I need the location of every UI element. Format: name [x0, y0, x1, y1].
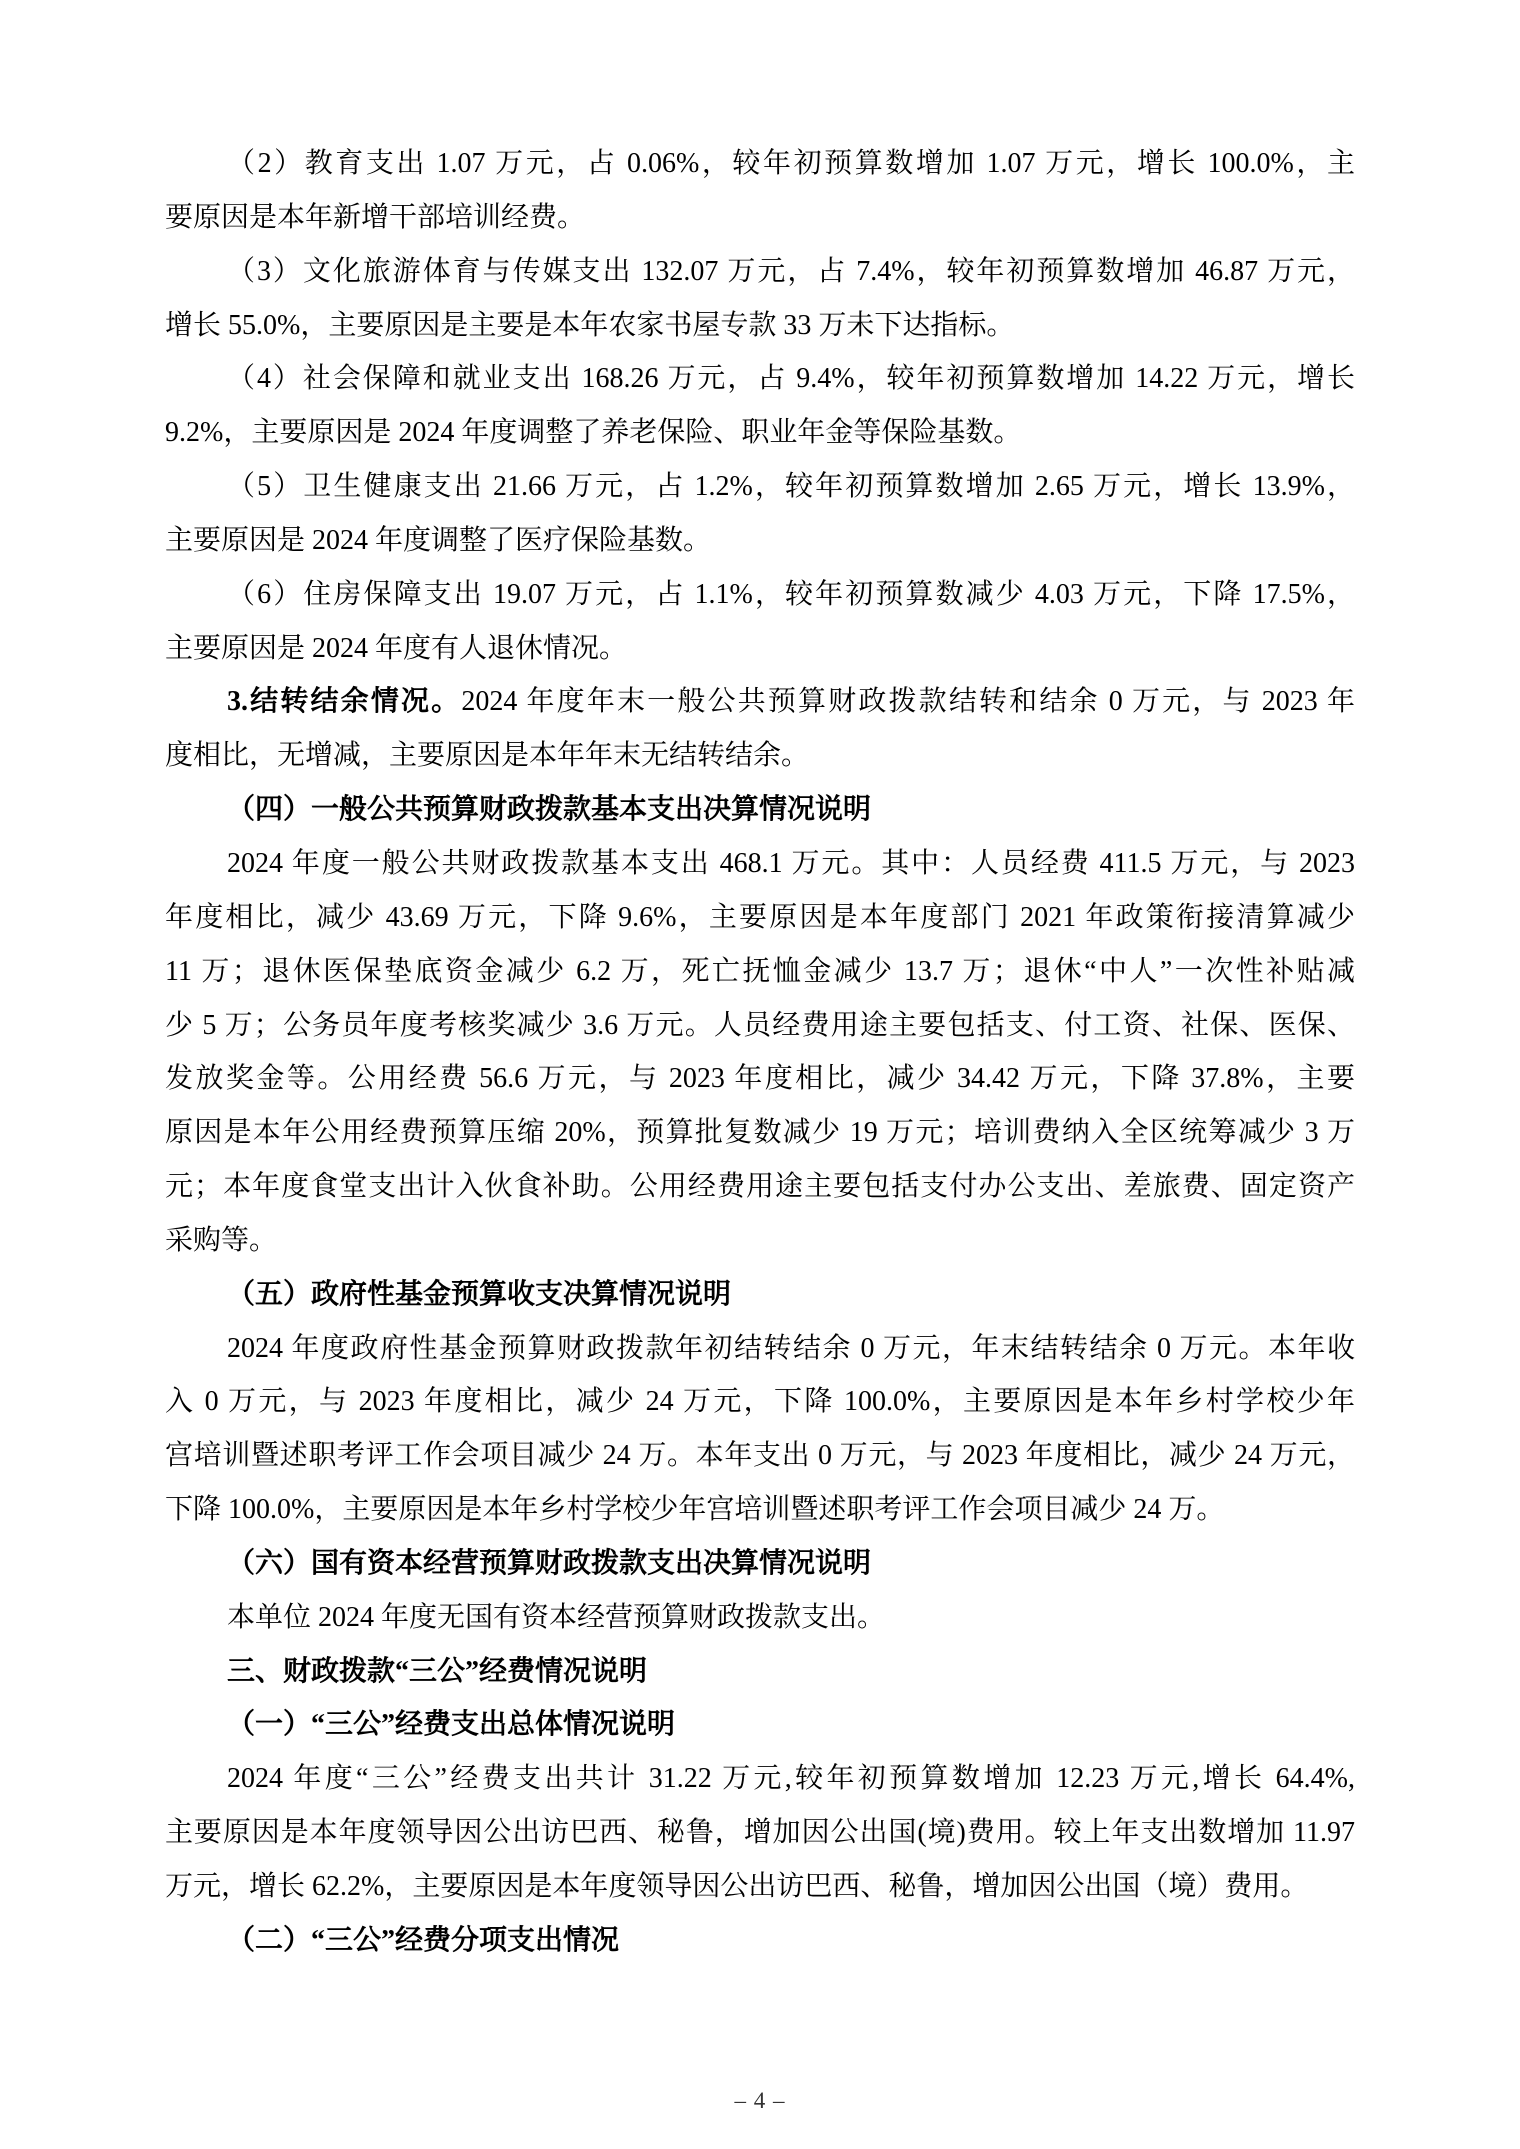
- body-text: 采购等。: [165, 1225, 277, 1256]
- text-line: 入 0 万元，与 2023 年度相比，减少 24 万元，下降 100.0%，主要…: [165, 1375, 1355, 1429]
- body-text: 主要原因是本年度领导因公出访巴西、秘鲁，增加因公出国(境)费用。较上年支出数增加…: [165, 1817, 1355, 1848]
- text-line: 元；本年度食堂支出计入伙食补助。公用经费用途主要包括支付办公支出、差旅费、固定资…: [165, 1160, 1355, 1214]
- text-line: （2）教育支出 1.07 万元，占 0.06%，较年初预算数增加 1.07 万元…: [165, 137, 1355, 191]
- text-line: 9.2%，主要原因是 2024 年度调整了养老保险、职业年金等保险基数。: [165, 406, 1355, 460]
- document-body: （2）教育支出 1.07 万元，占 0.06%，较年初预算数增加 1.07 万元…: [165, 137, 1355, 1968]
- bold-text: 3.结转结余情况。: [227, 686, 461, 717]
- body-text: 主要原因是 2024 年度调整了医疗保险基数。: [165, 525, 711, 556]
- text-line: 主要原因是本年度领导因公出访巴西、秘鲁，增加因公出国(境)费用。较上年支出数增加…: [165, 1806, 1355, 1860]
- text-line: 宫培训暨述职考评工作会项目减少 24 万。本年支出 0 万元，与 2023 年度…: [165, 1429, 1355, 1483]
- body-text: 2024 年度“三公”经费支出共计 31.22 万元,较年初预算数增加 12.2…: [227, 1763, 1355, 1794]
- bold-text: （一）“三公”经费支出总体情况说明: [227, 1709, 675, 1740]
- document-page: （2）教育支出 1.07 万元，占 0.06%，较年初预算数增加 1.07 万元…: [0, 0, 1520, 2149]
- text-line: 采购等。: [165, 1214, 1355, 1268]
- text-line: 发放奖金等。公用经费 56.6 万元，与 2023 年度相比，减少 34.42 …: [165, 1052, 1355, 1106]
- text-line: 万元，增长 62.2%，主要原因是本年度领导因公出访巴西、秘鲁，增加因公出国（境…: [165, 1860, 1355, 1914]
- body-text: 主要原因是 2024 年度有人退休情况。: [165, 633, 627, 664]
- body-text: 9.2%，主要原因是 2024 年度调整了养老保险、职业年金等保险基数。: [165, 417, 1021, 448]
- body-text: 2024 年度政府性基金预算财政拨款年初结转结余 0 万元，年末结转结余 0 万…: [227, 1333, 1355, 1364]
- text-line: 下降 100.0%，主要原因是本年乡村学校少年宫培训暨述职考评工作会项目减少 2…: [165, 1483, 1355, 1537]
- body-text: 度相比，无增减，主要原因是本年年末无结转结余。: [165, 740, 809, 771]
- text-line: 年度相比，减少 43.69 万元，下降 9.6%，主要原因是本年度部门 2021…: [165, 891, 1355, 945]
- body-text: （2）教育支出 1.07 万元，占 0.06%，较年初预算数增加 1.07 万元…: [227, 148, 1355, 179]
- text-line: （五）政府性基金预算收支决算情况说明: [165, 1268, 1355, 1322]
- text-line: （4）社会保障和就业支出 168.26 万元，占 9.4%，较年初预算数增加 1…: [165, 352, 1355, 406]
- body-text: 宫培训暨述职考评工作会项目减少 24 万。本年支出 0 万元，与 2023 年度…: [165, 1440, 1355, 1471]
- body-text: 万元，增长 62.2%，主要原因是本年度领导因公出访巴西、秘鲁，增加因公出国（境…: [165, 1871, 1308, 1902]
- body-text: 2024 年度一般公共财政拨款基本支出 468.1 万元。其中：人员经费 411…: [227, 848, 1355, 879]
- body-text: 少 5 万；公务员年度考核奖减少 3.6 万元。人员经费用途主要包括支、付工资、…: [165, 1010, 1355, 1041]
- bold-text: （五）政府性基金预算收支决算情况说明: [227, 1279, 731, 1310]
- text-line: （一）“三公”经费支出总体情况说明: [165, 1698, 1355, 1752]
- body-text: 年度相比，减少 43.69 万元，下降 9.6%，主要原因是本年度部门 2021…: [165, 902, 1355, 933]
- text-line: 2024 年度“三公”经费支出共计 31.22 万元,较年初预算数增加 12.2…: [165, 1752, 1355, 1806]
- page-number: – 4 –: [0, 2088, 1520, 2114]
- text-line: 增长 55.0%，主要原因是主要是本年农家书屋专款 33 万未下达指标。: [165, 299, 1355, 353]
- text-line: 主要原因是 2024 年度调整了医疗保险基数。: [165, 514, 1355, 568]
- text-line: （四）一般公共预算财政拨款基本支出决算情况说明: [165, 783, 1355, 837]
- text-line: 2024 年度政府性基金预算财政拨款年初结转结余 0 万元，年末结转结余 0 万…: [165, 1322, 1355, 1376]
- text-line: （5）卫生健康支出 21.66 万元，占 1.2%，较年初预算数增加 2.65 …: [165, 460, 1355, 514]
- body-text: 原因是本年公用经费预算压缩 20%，预算批复数减少 19 万元；培训费纳入全区统…: [165, 1117, 1355, 1148]
- text-line: （6）住房保障支出 19.07 万元，占 1.1%，较年初预算数减少 4.03 …: [165, 568, 1355, 622]
- text-line: 要原因是本年新增干部培训经费。: [165, 191, 1355, 245]
- text-line: 11 万；退休医保垫底资金减少 6.2 万，死亡抚恤金减少 13.7 万；退休“…: [165, 945, 1355, 999]
- body-text: 2024 年度年末一般公共预算财政拨款结转和结余 0 万元，与 2023 年: [461, 686, 1355, 717]
- body-text: （3）文化旅游体育与传媒支出 132.07 万元，占 7.4%，较年初预算数增加…: [227, 256, 1355, 287]
- body-text: 本单位 2024 年度无国有资本经营预算财政拨款支出。: [227, 1602, 885, 1633]
- body-text: （4）社会保障和就业支出 168.26 万元，占 9.4%，较年初预算数增加 1…: [227, 363, 1355, 394]
- text-line: 少 5 万；公务员年度考核奖减少 3.6 万元。人员经费用途主要包括支、付工资、…: [165, 999, 1355, 1053]
- body-text: 增长 55.0%，主要原因是主要是本年农家书屋专款 33 万未下达指标。: [165, 310, 1014, 341]
- text-line: （3）文化旅游体育与传媒支出 132.07 万元，占 7.4%，较年初预算数增加…: [165, 245, 1355, 299]
- body-text: 下降 100.0%，主要原因是本年乡村学校少年宫培训暨述职考评工作会项目减少 2…: [165, 1494, 1224, 1525]
- text-line: （六）国有资本经营预算财政拨款支出决算情况说明: [165, 1537, 1355, 1591]
- bold-text: （四）一般公共预算财政拨款基本支出决算情况说明: [227, 794, 871, 825]
- bold-text: （六）国有资本经营预算财政拨款支出决算情况说明: [227, 1548, 871, 1579]
- text-line: 2024 年度一般公共财政拨款基本支出 468.1 万元。其中：人员经费 411…: [165, 837, 1355, 891]
- text-line: 主要原因是 2024 年度有人退休情况。: [165, 622, 1355, 676]
- text-line: 3.结转结余情况。2024 年度年末一般公共预算财政拨款结转和结余 0 万元，与…: [165, 675, 1355, 729]
- body-text: （5）卫生健康支出 21.66 万元，占 1.2%，较年初预算数增加 2.65 …: [227, 471, 1355, 502]
- text-line: 本单位 2024 年度无国有资本经营预算财政拨款支出。: [165, 1591, 1355, 1645]
- body-text: 发放奖金等。公用经费 56.6 万元，与 2023 年度相比，减少 34.42 …: [165, 1063, 1355, 1094]
- text-line: （二）“三公”经费分项支出情况: [165, 1914, 1355, 1968]
- body-text: 入 0 万元，与 2023 年度相比，减少 24 万元，下降 100.0%，主要…: [165, 1386, 1355, 1417]
- body-text: 元；本年度食堂支出计入伙食补助。公用经费用途主要包括支付办公支出、差旅费、固定资…: [165, 1171, 1355, 1202]
- body-text: 要原因是本年新增干部培训经费。: [165, 202, 585, 233]
- text-line: 原因是本年公用经费预算压缩 20%，预算批复数减少 19 万元；培训费纳入全区统…: [165, 1106, 1355, 1160]
- bold-text: （二）“三公”经费分项支出情况: [227, 1925, 619, 1956]
- body-text: （6）住房保障支出 19.07 万元，占 1.1%，较年初预算数减少 4.03 …: [227, 579, 1355, 610]
- text-line: 度相比，无增减，主要原因是本年年末无结转结余。: [165, 729, 1355, 783]
- bold-text: 三、财政拨款“三公”经费情况说明: [227, 1656, 647, 1687]
- text-line: 三、财政拨款“三公”经费情况说明: [165, 1645, 1355, 1699]
- body-text: 11 万；退休医保垫底资金减少 6.2 万，死亡抚恤金减少 13.7 万；退休“…: [165, 956, 1355, 987]
